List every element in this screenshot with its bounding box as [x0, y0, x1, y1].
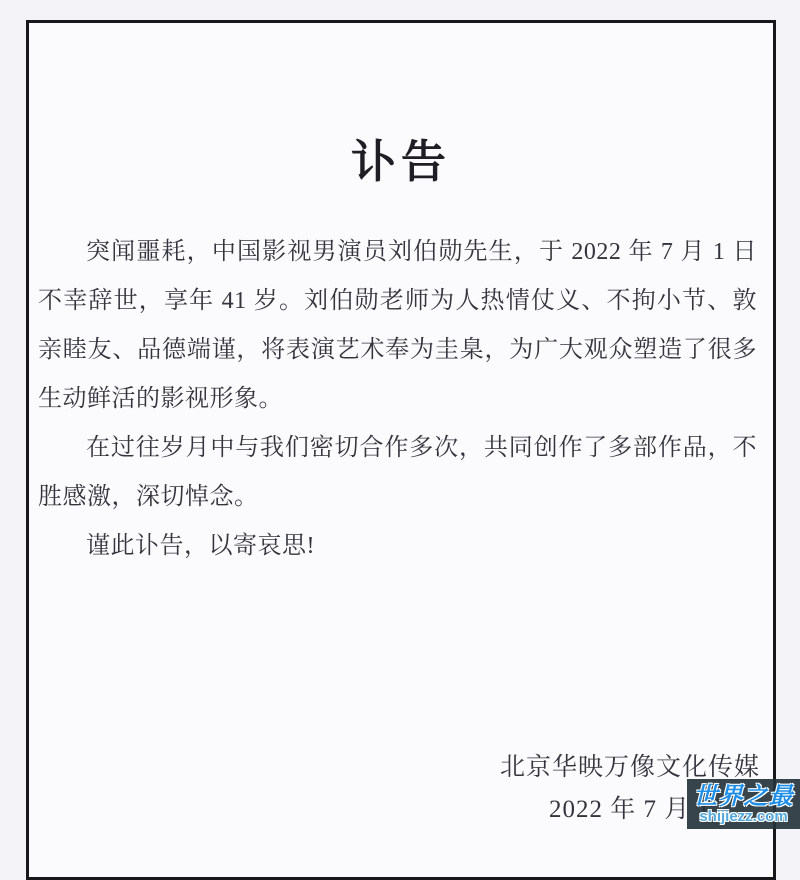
watermark-site-url: shijiezz.com: [699, 809, 787, 825]
obituary-page: 讣告 突闻噩耗，中国影视男演员刘伯勋先生，于 2022 年 7 月 1 日不幸辞…: [26, 20, 776, 829]
site-watermark: 世界之最 shijiezz.com: [687, 779, 800, 829]
obituary-paragraph-1: 突闻噩耗，中国影视男演员刘伯勋先生，于 2022 年 7 月 1 日不幸辞世，享…: [38, 228, 757, 424]
signature-organization: 北京华映万像文化传媒: [500, 747, 760, 783]
obituary-body: 突闻噩耗，中国影视男演员刘伯勋先生，于 2022 年 7 月 1 日不幸辞世，享…: [29, 228, 773, 571]
obituary-paragraph-2: 在过往岁月中与我们密切合作多次，共同创作了多部作品，不胜感激，深切悼念。: [38, 424, 757, 522]
watermark-site-name: 世界之最: [694, 784, 794, 809]
page-title: 讣告: [29, 125, 773, 190]
obituary-paragraph-3: 谨此讣告，以寄哀思!: [38, 522, 757, 571]
